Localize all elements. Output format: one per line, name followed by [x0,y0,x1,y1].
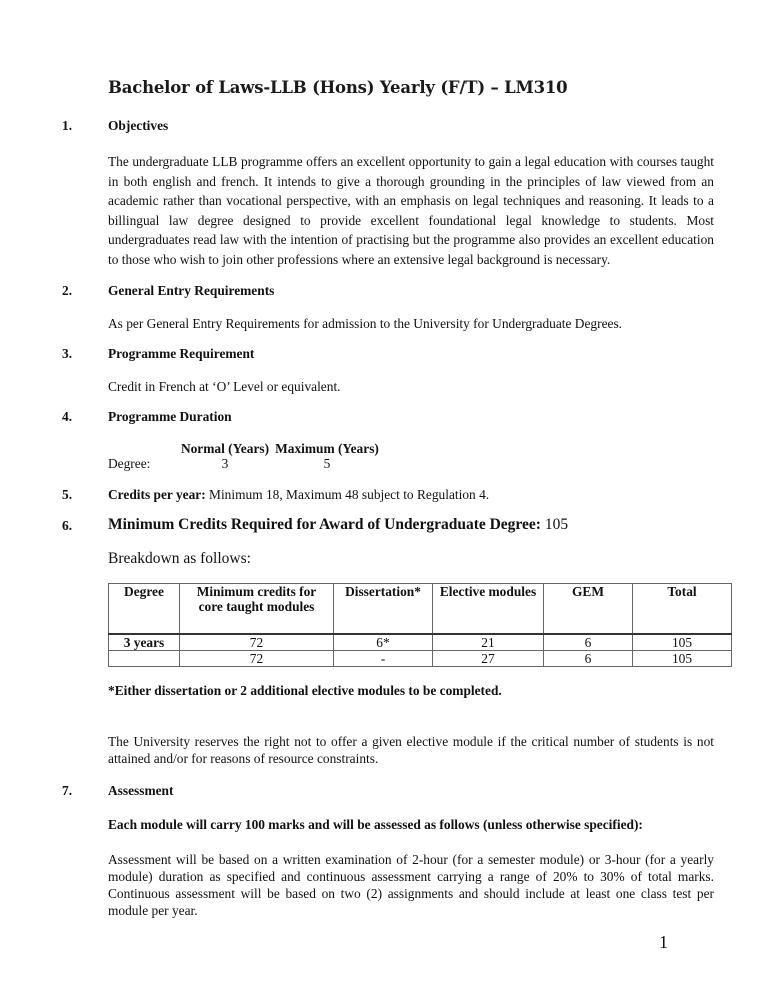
section-5-number: 5. [62,487,72,503]
table-row: 3 years 72 6* 21 6 105 [109,634,732,651]
section-7-heading: Assessment [108,783,173,799]
table-cell: 72 [180,634,334,651]
table-cell: 105 [633,634,732,651]
page-number: 1 [659,932,668,953]
duration-normal-value: 3 [165,456,285,472]
section-7-body: Assessment will be based on a written ex… [108,851,714,919]
table-cell: 6 [544,651,633,667]
table-cell: - [334,651,433,667]
section-2-heading: General Entry Requirements [108,283,274,299]
section-6-body: 105 [541,516,568,533]
section-2-body: As per General Entry Requirements for ad… [108,316,622,332]
section-6-heading: Minimum Credits Required for Award of Un… [108,516,541,533]
table-header-row: Degree Minimum credits for core taught m… [109,584,732,635]
section-4-heading: Programme Duration [108,409,232,425]
table-header: Total [633,584,732,635]
table-cell: 105 [633,651,732,667]
section-2-number: 2. [62,283,72,299]
duration-maximum-header: Maximum (Years) [272,441,382,457]
section-3-body: Credit in French at ‘O’ Level or equival… [108,379,341,395]
table-cell: 21 [433,634,544,651]
document-title: Bachelor of Laws-LLB (Hons) Yearly (F/T)… [108,78,567,97]
section-5-text: Credits per year: Minimum 18, Maximum 48… [108,487,489,503]
section-3-number: 3. [62,346,72,362]
table-row: 72 - 27 6 105 [109,651,732,667]
section-7-number: 7. [62,783,72,799]
section-4-number: 4. [62,409,72,425]
section-1-heading: Objectives [108,118,168,134]
table-cell [109,651,180,667]
section-5-heading: Credits per year: [108,487,206,502]
elective-module-note: The University reserves the right not to… [108,733,714,767]
table-cell: 6* [334,634,433,651]
breakdown-intro: Breakdown as follows: [108,550,251,568]
table-header: Degree [109,584,180,635]
section-7-subheading: Each module will carry 100 marks and wil… [108,817,643,833]
table-footnote: *Either dissertation or 2 additional ele… [108,683,502,699]
table-header: Dissertation* [334,584,433,635]
table-cell: 27 [433,651,544,667]
section-6-text: Minimum Credits Required for Award of Un… [108,516,568,534]
credits-breakdown-table: Degree Minimum credits for core taught m… [108,583,732,667]
section-5-body: Minimum 18, Maximum 48 subject to Regula… [206,487,489,502]
section-1-number: 1. [62,118,72,134]
section-3-heading: Programme Requirement [108,346,254,362]
duration-normal-header: Normal (Years) [165,441,285,457]
table-header: Elective modules [433,584,544,635]
duration-maximum-value: 5 [272,456,382,472]
table-cell: 72 [180,651,334,667]
duration-row-label: Degree: [108,456,150,472]
table-header: GEM [544,584,633,635]
table-cell: 3 years [109,634,180,651]
table-header: Minimum credits for core taught modules [180,584,334,635]
table-cell: 6 [544,634,633,651]
section-1-body: The undergraduate LLB programme offers a… [108,152,714,269]
section-6-number: 6. [62,518,72,534]
